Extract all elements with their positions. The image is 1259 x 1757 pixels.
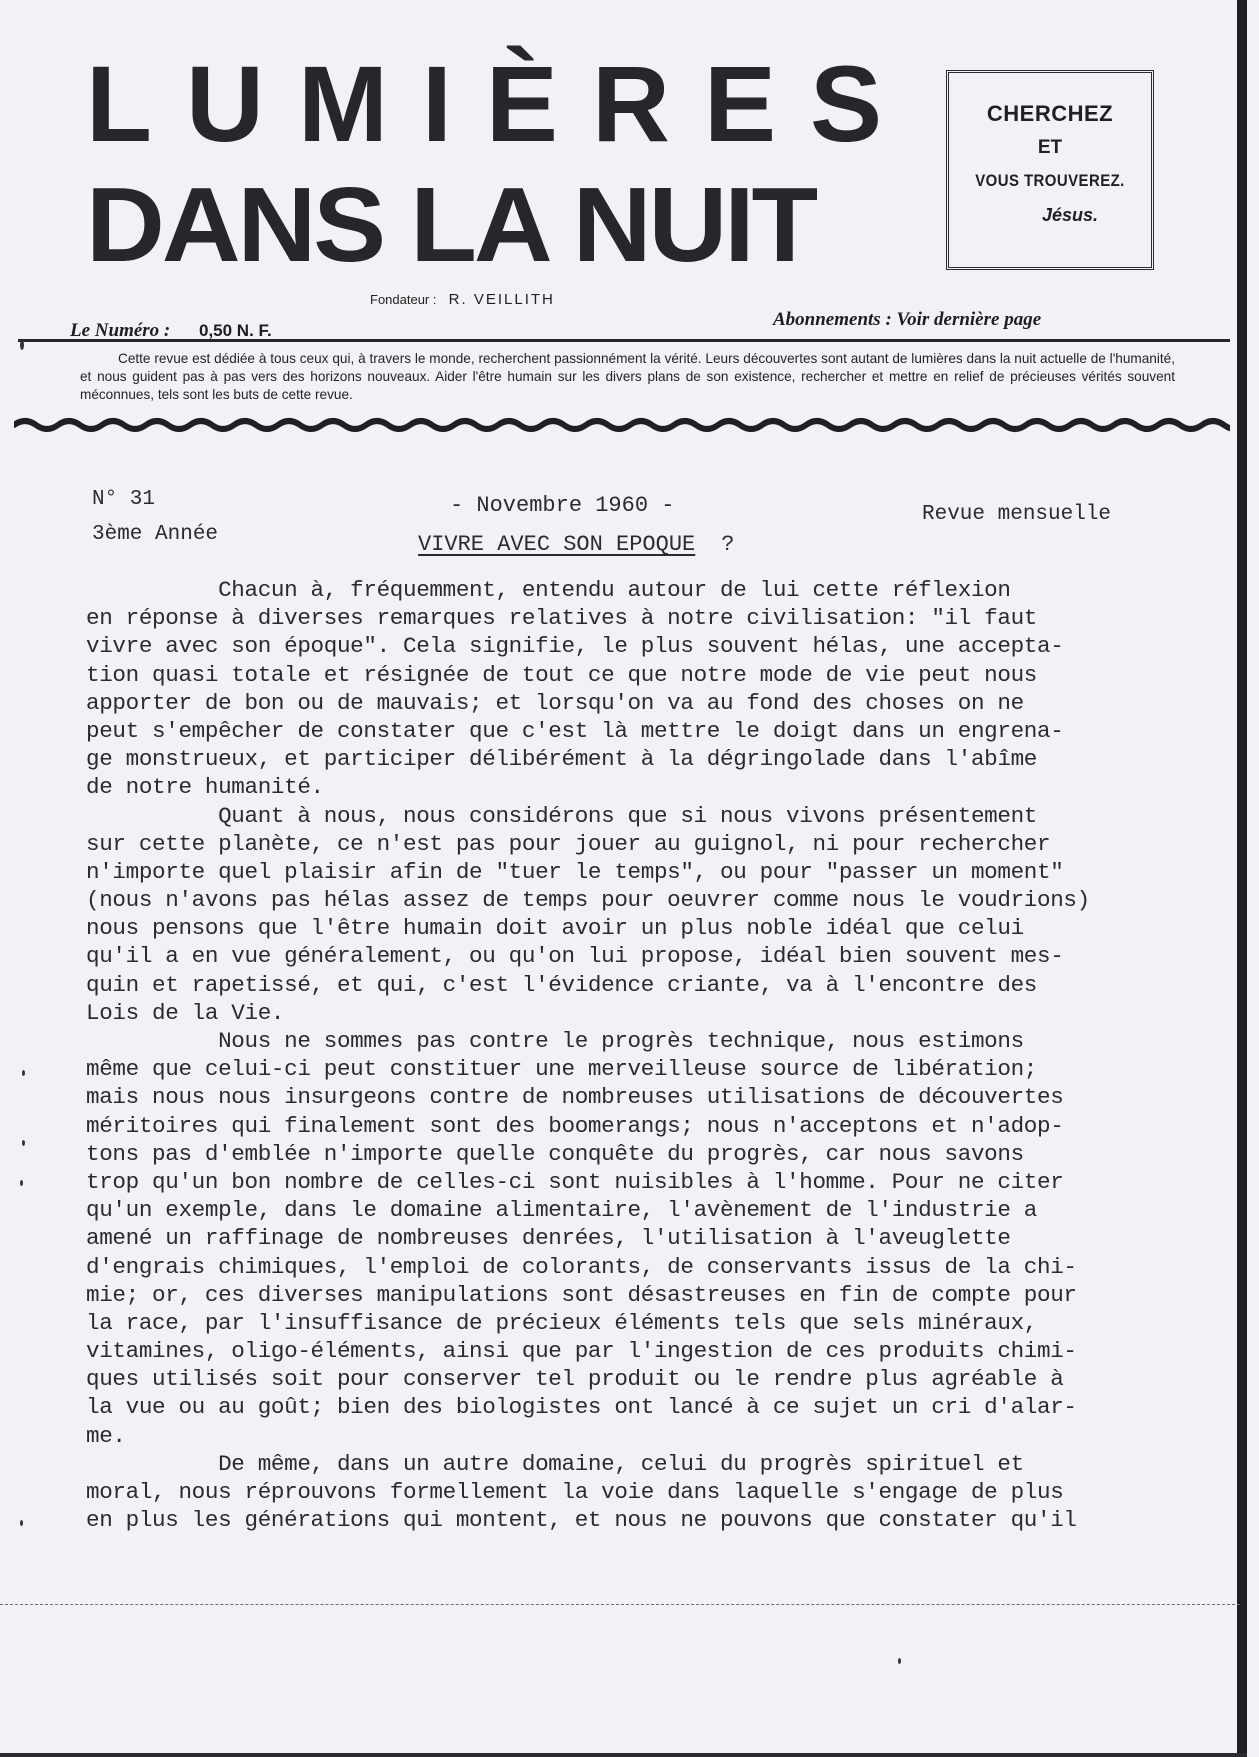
motto-line-2: ET: [949, 137, 1151, 159]
article-line: moral, nous réprouvons formellement la v…: [86, 1478, 1246, 1506]
article-line: qu'il a en vue généralement, ou qu'on lu…: [86, 942, 1246, 970]
price-value: 0,50 N. F.: [199, 321, 272, 340]
title-line-2: DANS LA NUIT: [86, 172, 815, 278]
article-line: ques utilisés soit pour conserver tel pr…: [86, 1365, 1246, 1393]
article-line: en réponse à diverses remarques relative…: [86, 604, 1246, 632]
article-line: amené un raffinage de nombreuses denrées…: [86, 1224, 1246, 1252]
issue-periodicity: Revue mensuelle: [922, 503, 1111, 526]
headline-text: VIVRE AVEC SON EPOQUE: [418, 532, 695, 557]
article-line: vitamines, oligo-éléments, ainsi que par…: [86, 1337, 1246, 1365]
article-line: mie; or, ces diverses manipulations sont…: [86, 1281, 1246, 1309]
founder-name: R. VEILLITH: [449, 291, 555, 308]
article-line: ge monstrueux, et participer délibérémen…: [86, 745, 1246, 773]
dedication-text: Cette revue est dédiée à tous ceux qui, …: [80, 350, 1175, 404]
page-bottom-border: [0, 1753, 1247, 1757]
article-headline: VIVRE AVEC SON EPOQUE?: [418, 532, 734, 557]
issue-year: 3ème Année: [92, 523, 218, 546]
article-line: Lois de la Vie.: [86, 999, 1246, 1027]
article-line: Nous ne sommes pas contre le progrès tec…: [86, 1027, 1246, 1055]
article-line: d'engrais chimiques, l'emploi de coloran…: [86, 1253, 1246, 1281]
article-line: en plus les générations qui montent, et …: [86, 1506, 1246, 1534]
price-label: Le Numéro :: [70, 320, 170, 341]
article-line: vivre avec son époque". Cela signifie, l…: [86, 632, 1246, 660]
article-line: de notre humanité.: [86, 773, 1246, 801]
article-body: Chacun à, fréquemment, entendu autour de…: [86, 576, 1246, 1534]
article-line: qu'un exemple, dans le domaine alimentai…: [86, 1196, 1246, 1224]
wave-divider: [14, 415, 1230, 435]
article-line: la vue ou au goût; bien des biologistes …: [86, 1393, 1246, 1421]
article-line: nous pensons que l'être humain doit avoi…: [86, 914, 1246, 942]
headline-question-mark: ?: [721, 532, 734, 557]
issue-date: - Novembre 1960 -: [450, 493, 674, 518]
article-line: apporter de bon ou de mauvais; et lorsqu…: [86, 689, 1246, 717]
article-line: quin et rapetissé, et qui, c'est l'évide…: [86, 971, 1246, 999]
article-line: mais nous nous insurgeons contre de nomb…: [86, 1083, 1246, 1111]
motto-line-1: CHERCHEZ: [949, 101, 1151, 127]
motto-attribution: Jésus.: [949, 205, 1151, 226]
article-line: n'importe quel plaisir afin de "tuer le …: [86, 858, 1246, 886]
article-line: Quant à nous, nous considérons que si no…: [86, 802, 1246, 830]
article-line: méritoires qui finalement sont des boome…: [86, 1112, 1246, 1140]
founder-label: Fondateur :: [370, 292, 437, 307]
article-line: (nous n'avons pas hélas assez de temps p…: [86, 886, 1246, 914]
article-line: trop qu'un bon nombre de celles-ci sont …: [86, 1168, 1246, 1196]
article-line: tion quasi totale et résignée de tout ce…: [86, 661, 1246, 689]
motto-line-3: VOUS TROUVEREZ.: [961, 171, 1139, 191]
title-line-1: LUMIÈRES: [86, 50, 916, 158]
article-line: me.: [86, 1422, 1246, 1450]
issue-number: N° 31: [92, 488, 155, 511]
article-line: la race, par l'insuffisance de précieux …: [86, 1309, 1246, 1337]
subscriptions-note: Abonnements : Voir dernière page: [773, 309, 1041, 331]
footer-fold-line: [0, 1604, 1240, 1605]
article-line: De même, dans un autre domaine, celui du…: [86, 1450, 1246, 1478]
header-divider: [18, 339, 1230, 342]
article-line: peut s'empêcher de constater que c'est l…: [86, 717, 1246, 745]
motto-box: CHERCHEZ ET VOUS TROUVEREZ. Jésus.: [946, 70, 1154, 270]
article-line: même que celui-ci peut constituer une me…: [86, 1055, 1246, 1083]
article-line: Chacun à, fréquemment, entendu autour de…: [86, 576, 1246, 604]
article-line: sur cette planète, ce n'est pas pour jou…: [86, 830, 1246, 858]
founder: Fondateur : R. VEILLITH: [370, 291, 555, 308]
article-line: tons pas d'emblée n'importe quelle conqu…: [86, 1140, 1246, 1168]
